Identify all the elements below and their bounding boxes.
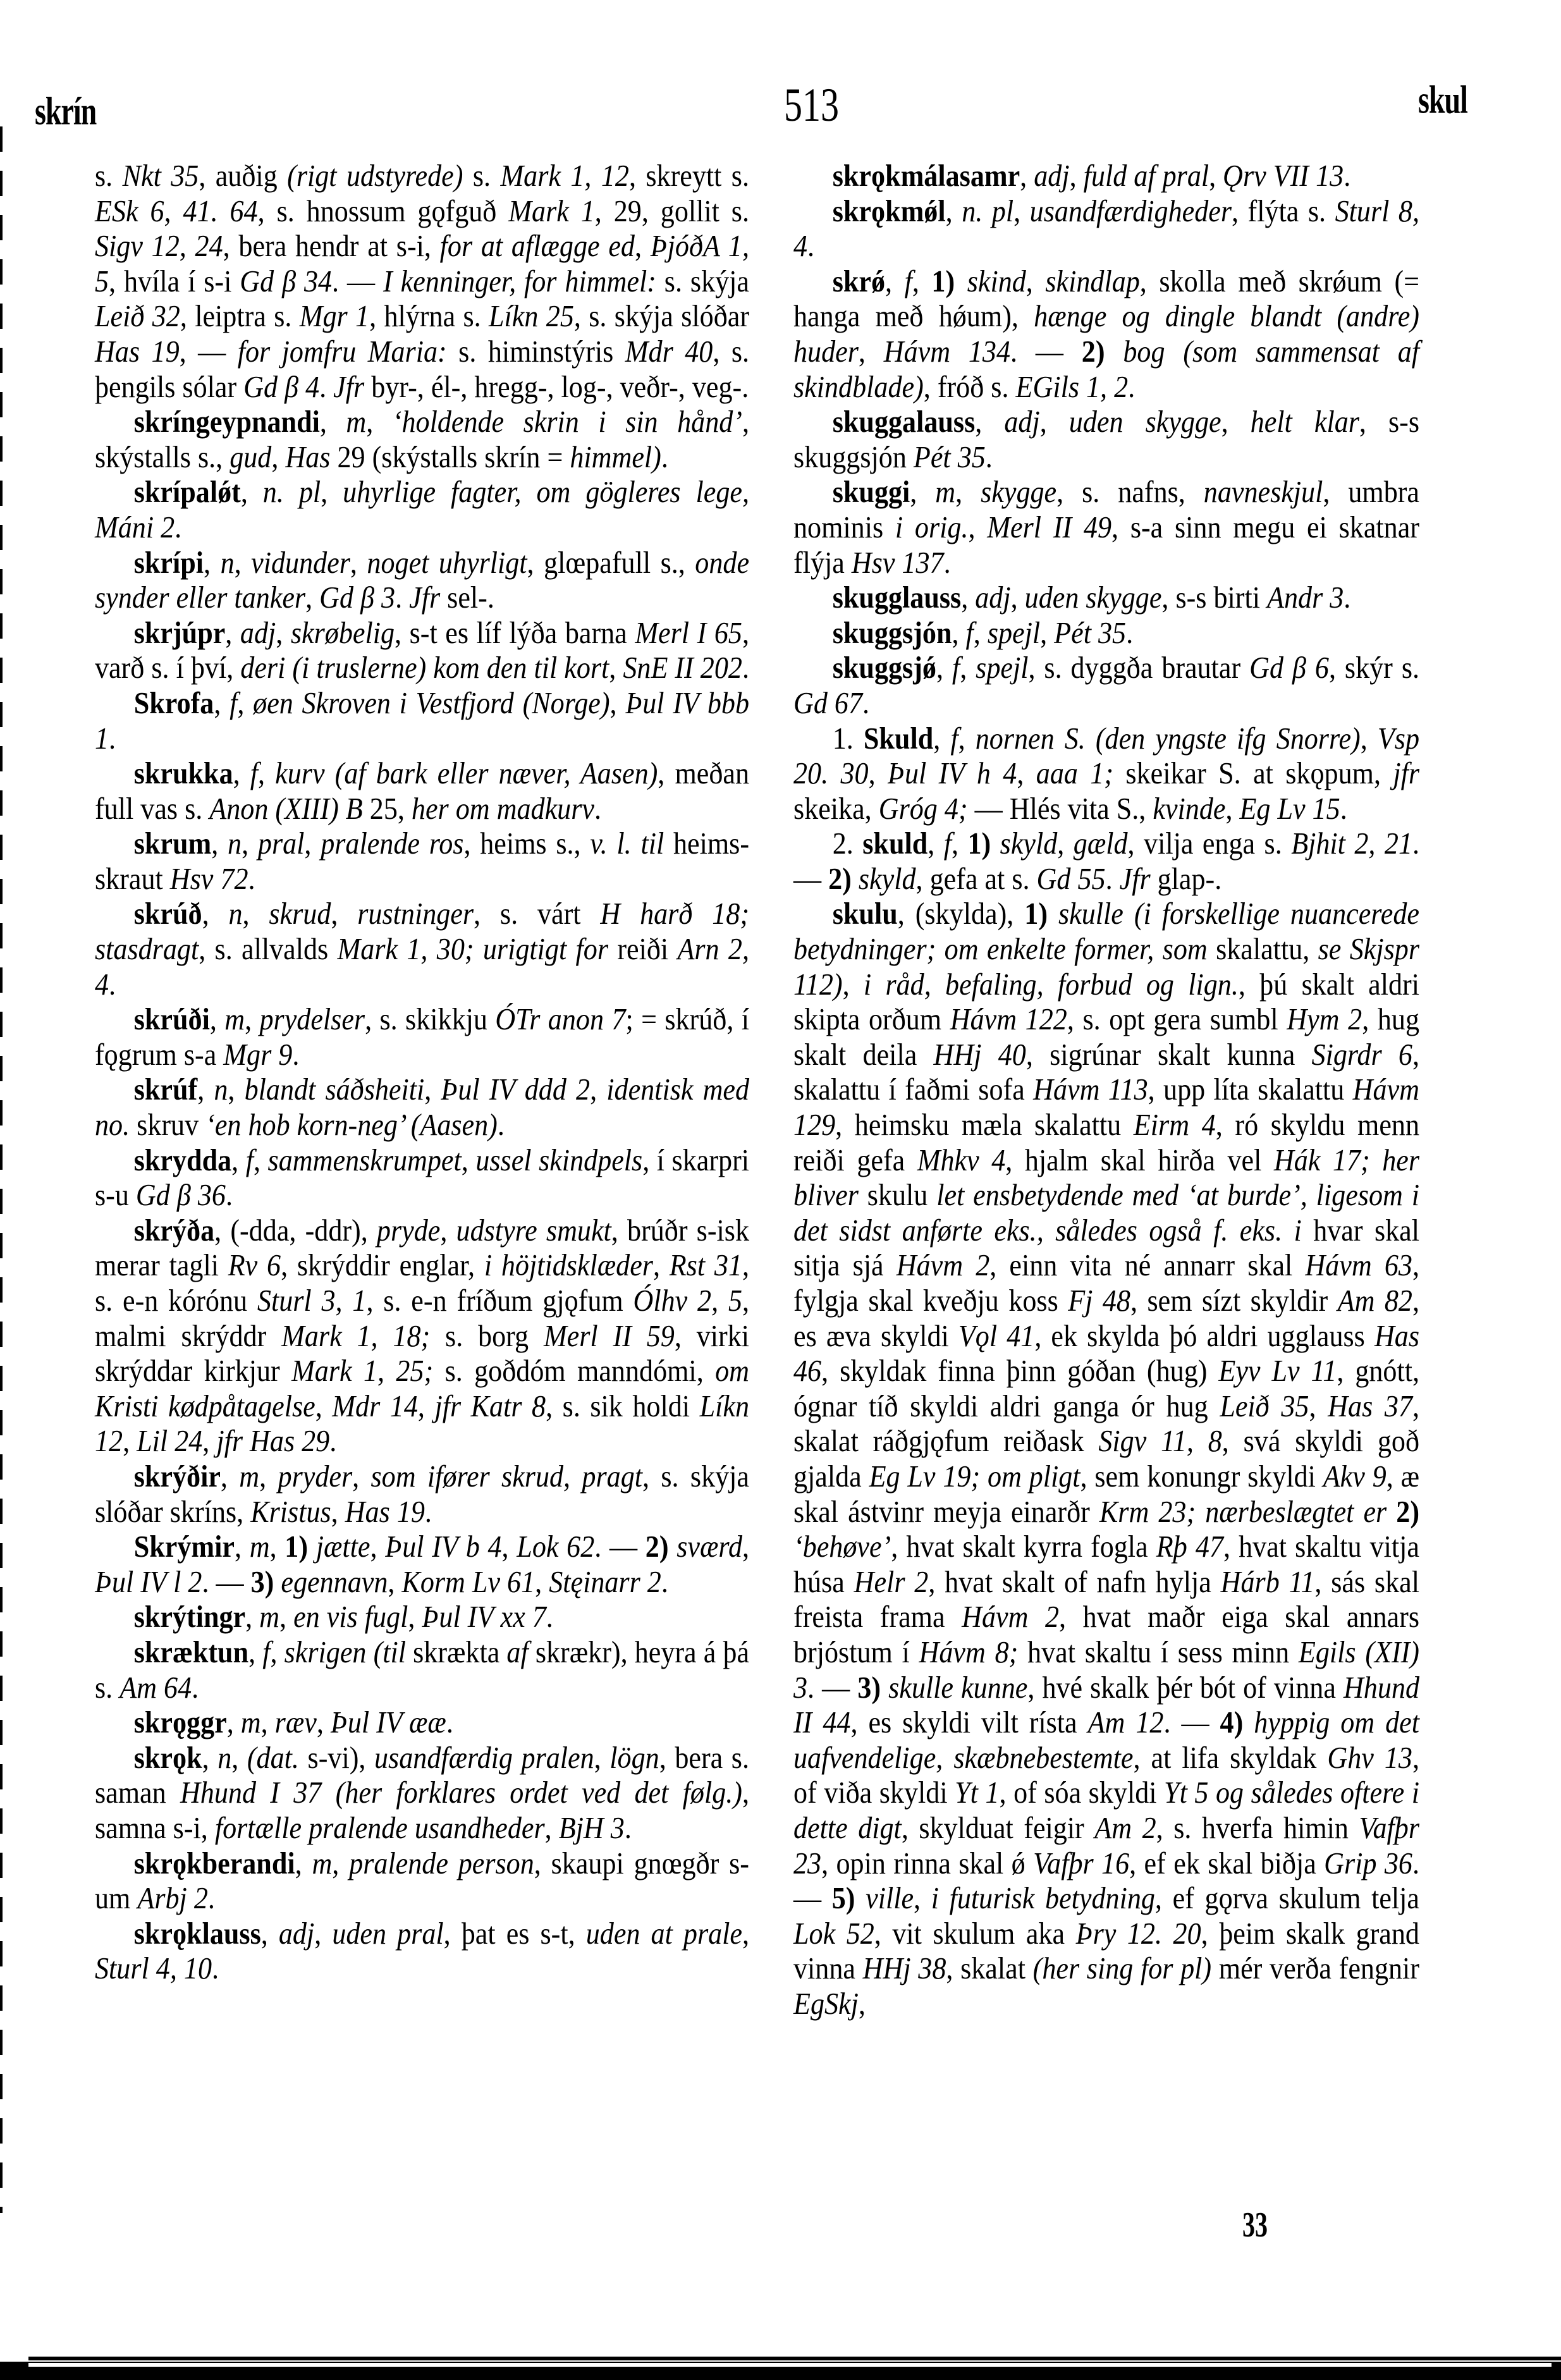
homonym-number: 2. bbox=[833, 826, 863, 861]
entry-definition: , adj, uden skygge, s-s birti Andr 3. bbox=[961, 580, 1350, 615]
dictionary-entry: skuggi, m, skygge, s. nafns, navneskjul,… bbox=[793, 474, 1419, 580]
dictionary-entry: skrǫk, n, (dat. s-vi), usandfærdig prale… bbox=[95, 1740, 749, 1846]
page-number: 513 bbox=[784, 77, 839, 132]
headword: Skuld bbox=[864, 721, 933, 756]
dictionary-entry: skrýtingr, m, en vis fugl, Þul IV xx 7. bbox=[95, 1599, 749, 1635]
dictionary-entry: skulu, (skylda), 1) skulle (i forskellig… bbox=[793, 896, 1419, 2021]
dictionary-entry: skrǫkmǿl, n. pl, usandfærdigheder, flýta… bbox=[793, 193, 1419, 264]
headword: skrípi bbox=[134, 545, 204, 580]
headword: skrukka bbox=[134, 756, 233, 790]
headword: skrúði bbox=[134, 1002, 210, 1036]
dictionary-entry: s. Nkt 35, auðig (rigt udstyrede) s. Mar… bbox=[95, 158, 749, 404]
dictionary-entry: skrum, n, pral, pralende ros, heims s., … bbox=[95, 826, 749, 896]
entry-definition: , (-dda, -ddr), pryde, udstyre smukt, br… bbox=[95, 1213, 749, 1459]
headword: skrǫklauss bbox=[134, 1916, 261, 1951]
dictionary-entry: skrǫklauss, adj, uden pral, þat es s-t, … bbox=[95, 1916, 749, 1986]
entry-definition: s. Nkt 35, auðig (rigt udstyrede) s. Mar… bbox=[95, 158, 749, 404]
dictionary-entry: skrukka, f, kurv (af bark eller næver, A… bbox=[95, 756, 749, 826]
entry-definition: , m, ræv, Þul IV ææ. bbox=[227, 1705, 453, 1739]
headword: skrýða bbox=[134, 1213, 214, 1248]
headword: skrǫkberandi bbox=[134, 1846, 295, 1880]
headword: skuld bbox=[862, 826, 927, 861]
dictionary-entry: skrjúpr, adj, skrøbelig, s-t es líf lýða… bbox=[95, 615, 749, 685]
homonym-number: 1. bbox=[833, 721, 864, 756]
headword: skuggalauss bbox=[833, 404, 976, 439]
dictionary-entry: skrípi, n, vidunder, noget uhyrligt, glœ… bbox=[95, 545, 749, 615]
entry-definition: , m, en vis fugl, Þul IV xx 7. bbox=[245, 1599, 553, 1634]
headword: skrǫggr bbox=[134, 1705, 227, 1739]
headword: skrípalǿt bbox=[134, 474, 241, 509]
headword: skræktun bbox=[134, 1635, 248, 1669]
headword: Skrofa bbox=[134, 685, 214, 720]
dictionary-entry: skrǫkmálasamr, adj, fuld af pral, Ǫrv VI… bbox=[793, 158, 1419, 193]
dictionary-entry: skuggsjǿ, f, spejl, s. dyggða brautar Gd… bbox=[793, 650, 1419, 720]
left-guideword: skrín bbox=[35, 89, 96, 134]
dictionary-entry: skrýða, (-dda, -ddr), pryde, udstyre smu… bbox=[95, 1213, 749, 1459]
dictionary-entry: skríngeypnandi, m, ‘holdende skrin i sin… bbox=[95, 404, 749, 474]
headword: skrǿ bbox=[833, 264, 885, 298]
dictionary-entry: skrúð, n, skrud, rustninger, s. várt H h… bbox=[95, 896, 749, 1002]
headword: skrum bbox=[134, 826, 212, 861]
headword: skuggsjón bbox=[833, 615, 952, 650]
dictionary-entry: skræktun, f, skrigen (til skrækta af skr… bbox=[95, 1635, 749, 1705]
dictionary-entry: skugglauss, adj, uden skygge, s-s birti … bbox=[793, 580, 1419, 615]
dictionary-entry: skuggalauss, adj, uden skygge, helt klar… bbox=[793, 404, 1419, 474]
headword: skuggsjǿ bbox=[833, 650, 936, 685]
dictionary-entry: Skrýmir, m, 1) jætte, Þul IV b 4, Lok 62… bbox=[95, 1529, 749, 1599]
dictionary-entry: skrípalǿt, n. pl, uhyrlige fagter, om gö… bbox=[95, 474, 749, 544]
dictionary-entry: Skrofa, f, øen Skroven i Vestfjord (Norg… bbox=[95, 685, 749, 756]
entry-definition: , f, 1) skind, skindlap, skolla með skrǿ… bbox=[793, 264, 1419, 404]
dictionary-entry: skuggsjón, f, spejl, Pét 35. bbox=[793, 615, 1419, 651]
dictionary-entry: 2. skuld, f, 1) skyld, gæld, vilja enga … bbox=[793, 826, 1419, 896]
right-column: skrǫkmálasamr, adj, fuld af pral, Ǫrv VI… bbox=[793, 158, 1419, 2021]
page-bottom-edge bbox=[0, 2362, 1561, 2380]
headword: skrydda bbox=[134, 1143, 231, 1177]
dictionary-entry: skrǫkberandi, m, pralende person, skaupi… bbox=[95, 1846, 749, 1916]
headword: skrúf bbox=[134, 1072, 197, 1107]
headword: skulu bbox=[833, 896, 898, 931]
headword: skuggi bbox=[833, 474, 910, 509]
entry-definition: , adj, fuld af pral, Ǫrv VII 13. bbox=[1020, 158, 1350, 193]
headword: Skrýmir bbox=[134, 1529, 235, 1564]
page-header: skrín 513 skul bbox=[0, 70, 1561, 133]
headword: skrúð bbox=[134, 896, 202, 931]
dictionary-entry: skrǿ, f, 1) skind, skindlap, skolla með … bbox=[793, 264, 1419, 404]
left-column: s. Nkt 35, auðig (rigt udstyrede) s. Mar… bbox=[95, 158, 749, 1986]
entry-definition: , (skylda), 1) skulle (i forskellige nua… bbox=[793, 896, 1419, 2020]
headword: skríngeypnandi bbox=[134, 404, 320, 439]
headword: skrýðir bbox=[134, 1459, 221, 1494]
headword: skrýtingr bbox=[134, 1599, 245, 1634]
scan-binding-edge bbox=[0, 126, 3, 2213]
dictionary-entry: skrydda, f, sammenskrumpet, ussel skindp… bbox=[95, 1143, 749, 1213]
headword: skrǫk bbox=[134, 1740, 202, 1775]
dictionary-entry: skrýðir, m, pryder, som ifører skrud, pr… bbox=[95, 1459, 749, 1529]
signature-mark: 33 bbox=[1242, 2204, 1268, 2245]
headword: skugglauss bbox=[833, 580, 961, 615]
right-guideword: skul bbox=[1418, 77, 1467, 123]
dictionary-entry: skrúf, n, blandt sáðsheiti, Þul IV ddd 2… bbox=[95, 1072, 749, 1142]
dictionary-entry: 1. Skuld, f, nornen S. (den yngste ifg S… bbox=[793, 721, 1419, 826]
headword: skrǫkmálasamr bbox=[833, 158, 1020, 193]
dictionary-entry: skrúði, m, prydelser, s. skikkju ÓTr ano… bbox=[95, 1002, 749, 1072]
headword: skrjúpr bbox=[134, 615, 226, 650]
dictionary-entry: skrǫggr, m, ræv, Þul IV ææ. bbox=[95, 1705, 749, 1740]
headword: skrǫkmǿl bbox=[833, 193, 946, 228]
entry-definition: , f, spejl, Pét 35. bbox=[952, 615, 1133, 650]
